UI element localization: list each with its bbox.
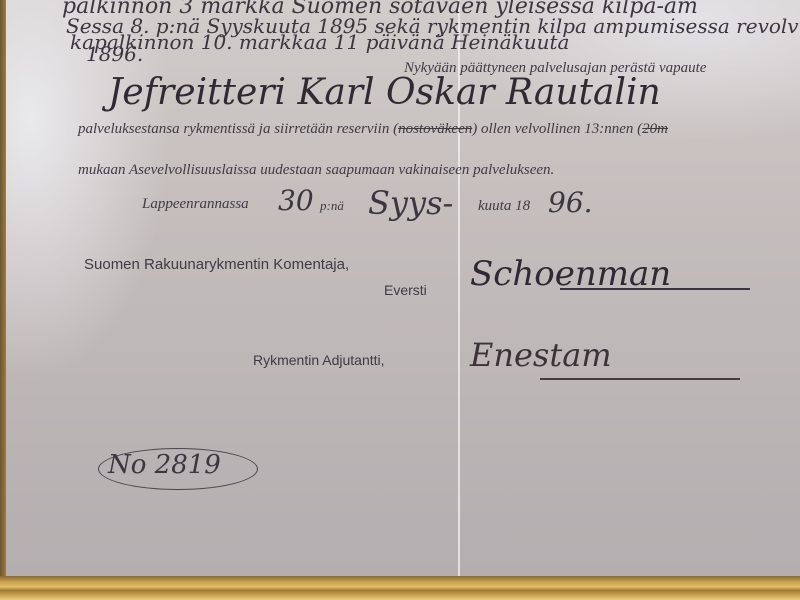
body-text-a: palveluksestansa rykmentissä ja siirretä… <box>78 121 398 137</box>
pna-text: p:nä <box>320 198 344 214</box>
place-text: Lappeenrannassa <box>142 196 249 213</box>
adjutant-signature: Enestam <box>470 336 612 374</box>
frame-left-edge <box>0 0 6 600</box>
handwritten-line-4: 1896. <box>86 42 143 66</box>
printed-body-line-2: mukaan Asevelvollisuuslaissa uudestaan s… <box>78 162 554 179</box>
struck-text-2: 20m <box>642 121 668 137</box>
year-handwritten: 96. <box>548 186 593 219</box>
month-printed: kuuta 18 <box>478 198 530 215</box>
number-stamp: No 2819 <box>108 450 221 480</box>
printed-body-line-1: palveluksestansa rykmentissä ja siirretä… <box>78 121 668 138</box>
commander-rank: Eversti <box>384 282 427 298</box>
number-prefix: No <box>108 450 146 480</box>
handwritten-line-3: kapalkinnon 10. markkaa 11 päivänä Heinä… <box>70 30 569 54</box>
soldier-name: Jefreitteri Karl Oskar Rautalin <box>108 72 661 113</box>
number-value: 2819 <box>155 450 221 480</box>
body-text-b: ) ollen velvollinen 13:nnen ( <box>472 121 642 137</box>
adjutant-signature-flourish <box>540 378 740 380</box>
commander-title: Suomen Rakuunarykmentin Komentaja, <box>84 256 349 273</box>
commander-signature-flourish <box>560 288 750 290</box>
struck-text: nostoväkeen <box>398 121 472 137</box>
month-handwritten: Syys- <box>368 184 453 222</box>
day-handwritten: 30 <box>278 184 314 217</box>
gold-frame-bottom <box>0 576 800 600</box>
adjutant-title: Rykmentin Adjutantti, <box>253 352 385 368</box>
